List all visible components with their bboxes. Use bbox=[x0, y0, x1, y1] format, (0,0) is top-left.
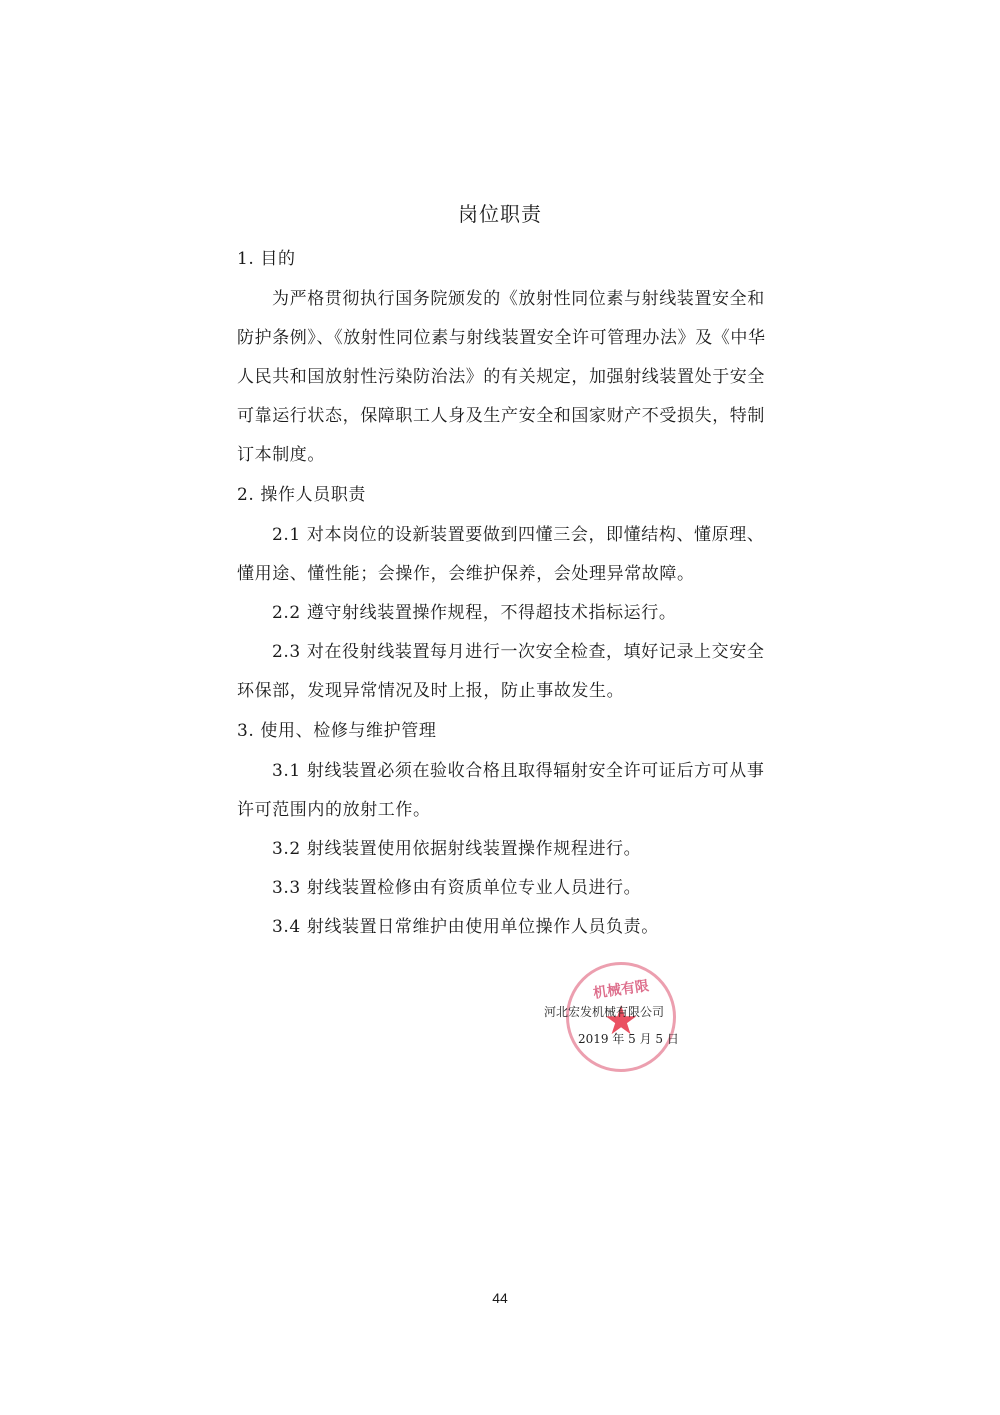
paragraph-line: 2.2 遵守射线装置操作规程，不得超技术指标运行。 bbox=[272, 598, 676, 623]
document-page: 岗位职责 1. 目的 为严格贯彻执行国务院颁发的《放射性同位素与射线装置安全和 … bbox=[0, 0, 1000, 1415]
paragraph-line: 3.2 射线装置使用依据射线装置操作规程进行。 bbox=[272, 834, 641, 859]
company-name: 河北宏发机械有限公司 bbox=[544, 1003, 664, 1020]
paragraph-line: 3.1 射线装置必须在验收合格且取得辐射安全许可证后方可从事 bbox=[272, 756, 764, 781]
paragraph-line: 为严格贯彻执行国务院颁发的《放射性同位素与射线装置安全和 bbox=[272, 284, 765, 309]
paragraph-line: 人民共和国放射性污染防治法》的有关规定，加强射线装置处于安全 bbox=[237, 362, 765, 387]
paragraph-line: 3.4 射线装置日常维护由使用单位操作人员负责。 bbox=[272, 912, 659, 937]
section-heading-operator-duties: 2. 操作人员职责 bbox=[237, 480, 366, 505]
paragraph-line: 懂用途、懂性能；会操作，会维护保养，会处理异常故障。 bbox=[237, 559, 695, 584]
paragraph-line: 订本制度。 bbox=[237, 440, 325, 465]
paragraph-line: 许可范围内的放射工作。 bbox=[237, 795, 431, 820]
page-title: 岗位职责 bbox=[0, 198, 1000, 227]
paragraph-line: 防护条例》、《放射性同位素与射线装置安全许可管理办法》及《中华 bbox=[237, 323, 766, 348]
paragraph-line: 可靠运行状态，保障职工人身及生产安全和国家财产不受损失，特制 bbox=[237, 401, 765, 426]
signature-date: 2019 年 5 月 5 日 bbox=[578, 1030, 679, 1047]
page-number: 44 bbox=[0, 1290, 1000, 1306]
paragraph-line: 2.3 对在役射线装置每月进行一次安全检查，填好记录上交安全 bbox=[272, 637, 764, 662]
section-heading-purpose: 1. 目的 bbox=[237, 244, 296, 269]
paragraph-line: 环保部，发现异常情况及时上报，防止事故发生。 bbox=[237, 676, 624, 701]
section-heading-maintenance: 3. 使用、检修与维护管理 bbox=[237, 716, 436, 741]
paragraph-line: 3.3 射线装置检修由有资质单位专业人员进行。 bbox=[272, 873, 641, 898]
paragraph-line: 2.1 对本岗位的设新装置要做到四懂三会，即懂结构、懂原理、 bbox=[272, 520, 764, 545]
